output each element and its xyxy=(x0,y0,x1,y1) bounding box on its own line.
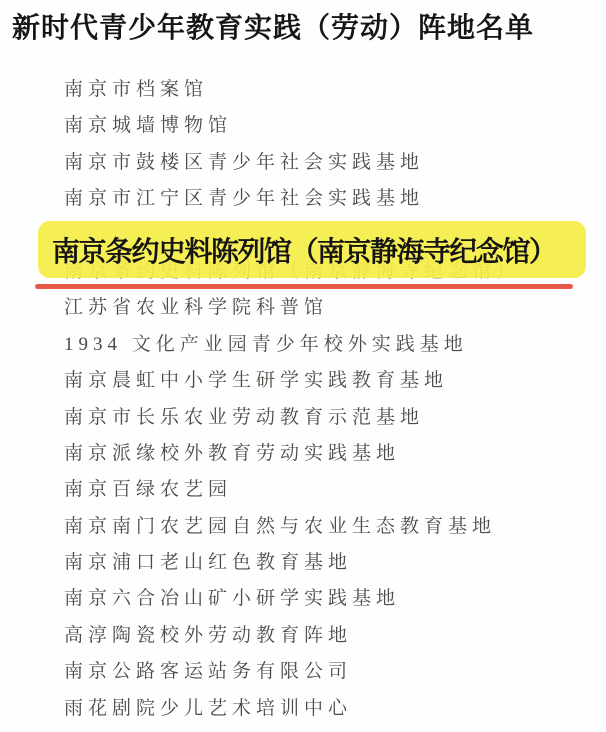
list-item: 南京百绿农艺园 xyxy=(64,472,596,508)
list-item: 南京浦口老山红色教育基地 xyxy=(64,545,596,581)
list-item: 南京公路客运站务有限公司 xyxy=(64,654,596,690)
red-underline xyxy=(35,284,573,289)
list-item: 高淳陶瓷校外劳动教育阵地 xyxy=(64,618,596,654)
list-item: 南京南门农艺园自然与农业生态教育基地 xyxy=(64,509,596,545)
list-item: 南京派缘校外教育劳动实践基地 xyxy=(64,436,596,472)
page-title: 新时代青少年教育实践（劳动）阵地名单 xyxy=(12,6,534,46)
list-item: 1934 文化产业园青少年校外实践基地 xyxy=(64,327,596,363)
list-item: 南京六合冶山矿小研学实践基地 xyxy=(64,581,596,617)
list-item: 南京市长乐农业劳动教育示范基地 xyxy=(64,400,596,436)
list-item: 南京晨虹中小学生研学实践教育基地 xyxy=(64,363,596,399)
list-item: 南京市江宁区青少年社会实践基地 xyxy=(64,181,596,217)
venue-list: 南京市档案馆 南京城墙博物馆 南京市鼓楼区青少年社会实践基地 南京市江宁区青少年… xyxy=(64,72,596,727)
highlight-callout: 南京条约史料陈列馆（南京静海寺纪念馆） xyxy=(38,221,586,278)
highlight-callout-text: 南京条约史料陈列馆（南京静海寺纪念馆） xyxy=(38,230,556,270)
list-item: 南京市鼓楼区青少年社会实践基地 xyxy=(64,145,596,181)
list-item: 南京城墙博物馆 xyxy=(64,108,596,144)
list-item: 江苏省农业科学院科普馆 xyxy=(64,290,596,326)
list-item: 南京市档案馆 xyxy=(64,72,596,108)
list-item: 雨花剧院少儿艺术培训中心 xyxy=(64,691,596,727)
document-page: 新时代青少年教育实践（劳动）阵地名单 南京市档案馆 南京城墙博物馆 南京市鼓楼区… xyxy=(0,0,606,732)
